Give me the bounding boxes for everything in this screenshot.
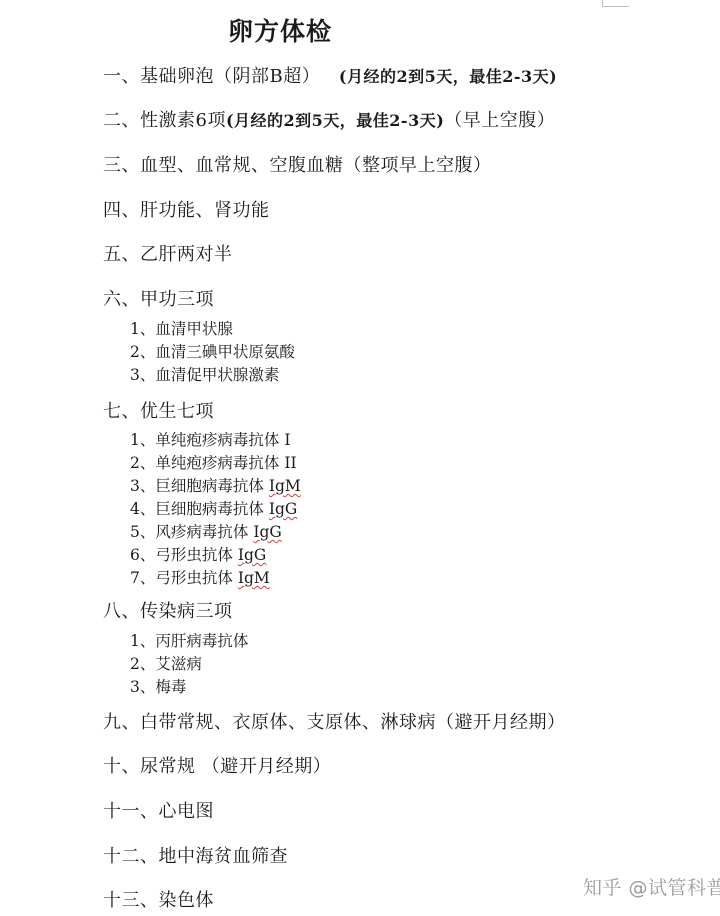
item-7: 七、优生七项: [103, 397, 214, 423]
document-title: 卵方体检: [0, 12, 720, 48]
item-8: 八、传染病三项: [103, 597, 233, 623]
spellcheck-underline: IgG: [253, 523, 281, 541]
item-11: 十一、心电图: [103, 797, 214, 823]
item-7-sublist: 1、单纯疱疹病毒抗体 I 2、单纯疱疹病毒抗体 II 3、巨细胞病毒抗体 IgM…: [130, 429, 301, 590]
item-6-sublist: 1、血清甲状腺 2、血清三碘甲状原氨酸 3、血清促甲状腺激素: [130, 318, 295, 387]
subitem: 7、弓形虫抗体 IgM: [130, 567, 301, 590]
item-2: 二、性激素6项(月经的2到5天，最佳2-3天)（早上空腹）: [103, 106, 555, 132]
item-12: 十二、地中海贫血筛查: [103, 842, 288, 868]
subitem: 3、梅毒: [130, 676, 248, 699]
subitem: 4、巨细胞病毒抗体 IgG: [130, 498, 301, 521]
subitem: 5、风疹病毒抗体 IgG: [130, 521, 301, 544]
subitem: 2、艾滋病: [130, 653, 248, 676]
spellcheck-underline: IgG: [238, 546, 266, 564]
subitem: 6、弓形虫抗体 IgG: [130, 544, 301, 567]
subitem: 2、血清三碘甲状原氨酸: [130, 341, 295, 364]
item-6: 六、甲功三项: [103, 285, 214, 311]
item-5: 五、乙肝两对半: [103, 240, 233, 266]
subitem: 3、血清促甲状腺激素: [130, 364, 295, 387]
item-8-sublist: 1、丙肝病毒抗体 2、艾滋病 3、梅毒: [130, 630, 248, 699]
subitem: 1、单纯疱疹病毒抗体 I: [130, 429, 301, 452]
spellcheck-underline: IgM: [269, 477, 301, 495]
subitem: 1、丙肝病毒抗体: [130, 630, 248, 653]
subitem: 1、血清甲状腺: [130, 318, 295, 341]
subitem: 2、单纯疱疹病毒抗体 II: [130, 452, 301, 475]
item-10: 十、尿常规 （避开月经期）: [103, 752, 331, 778]
item-13: 十三、染色体: [103, 886, 214, 912]
subitem: 3、巨细胞病毒抗体 IgM: [130, 475, 301, 498]
page-corner-mark: [602, 0, 629, 7]
watermark: 知乎 @试管科普菌: [583, 873, 720, 900]
spellcheck-underline: IgG: [269, 500, 297, 518]
item-1: 一、基础卵泡（阴部B超） (月经的2到5天，最佳2-3天): [103, 62, 557, 88]
item-4: 四、肝功能、肾功能: [103, 196, 270, 222]
item-3: 三、血型、血常规、空腹血糖（整项早上空腹）: [103, 151, 492, 177]
item-9: 九、白带常规、衣原体、支原体、淋球病（避开月经期）: [103, 708, 566, 734]
spellcheck-underline: IgM: [238, 569, 270, 587]
